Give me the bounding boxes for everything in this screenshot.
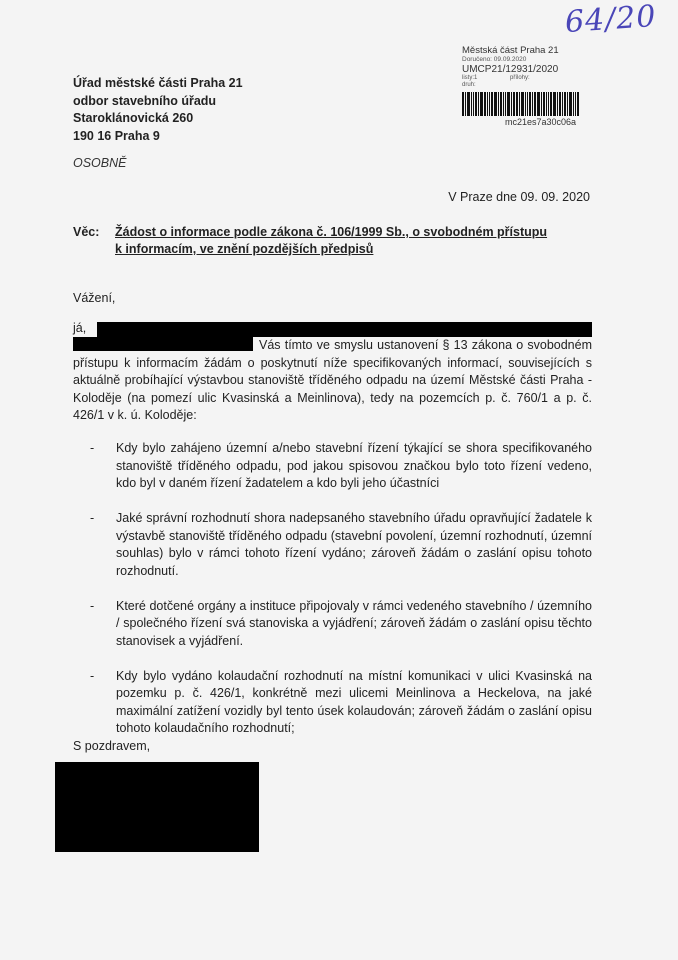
stamp-reference-number: UMCP21/12931/2020: [462, 64, 662, 75]
intro-body: Vás tímto ve smyslu ustanovení § 13 záko…: [73, 337, 592, 425]
subject-label: Věc:: [73, 224, 115, 258]
stamp-meta: listy:1přílohy:: [462, 75, 662, 82]
redacted-address: [73, 337, 253, 351]
bullet-dash: -: [90, 440, 116, 493]
bullet-dash: -: [90, 510, 116, 580]
stamp-office: Městská část Praha 21: [462, 45, 662, 56]
recipient-line-3: Staroklánovická 260: [73, 110, 243, 128]
date-line: V Praze dne 09. 09. 2020: [448, 190, 590, 204]
request-list: - Kdy bylo zahájeno územní a/nebo staveb…: [90, 440, 592, 755]
list-item: - Kdy bylo vydáno kolaudační rozhodnutí …: [90, 668, 592, 738]
recipient-line-1: Úřad městské části Praha 21: [73, 75, 243, 93]
list-item: - Jaké správní rozhodnutí shora nadepsan…: [90, 510, 592, 580]
stamp-delivered-date: Doručeno: 09.09.2020: [462, 56, 662, 63]
stamp-attachments: přílohy:: [510, 75, 558, 82]
barcode-text: mc21es7a30c06a: [462, 117, 619, 127]
intro-prefix: já,: [73, 321, 86, 335]
recipient-line-4: 190 16 Praha 9: [73, 128, 243, 146]
subject-text: Žádost o informace podle zákona č. 106/1…: [115, 224, 555, 258]
list-item: - Které dotčené orgány a instituce připo…: [90, 598, 592, 651]
barcode-icon: [462, 92, 619, 116]
bullet-text: Kdy bylo vydáno kolaudační rozhodnutí na…: [116, 668, 592, 738]
intro-paragraph: já, Vás tímto ve smyslu ustanovení § 13 …: [73, 320, 592, 425]
recipient-line-2: odbor stavebního úřadu: [73, 93, 243, 111]
subject: Věc: Žádost o informace podle zákona č. …: [73, 224, 555, 258]
bullet-dash: -: [90, 598, 116, 651]
handwritten-file-number: 64/20: [564, 0, 658, 40]
redacted-name: [97, 322, 592, 337]
delivery-note: OSOBNĚ: [73, 156, 127, 170]
bullet-dash: -: [90, 668, 116, 738]
intro-first-line: já,: [73, 320, 592, 337]
list-item: - Kdy bylo zahájeno územní a/nebo staveb…: [90, 440, 592, 493]
redacted-signature: [55, 762, 259, 852]
registry-stamp: Městská část Praha 21 Doručeno: 09.09.20…: [462, 45, 662, 127]
stamp-sheets: listy:1: [462, 75, 510, 82]
closing: S pozdravem,: [73, 738, 592, 756]
recipient-address: Úřad městské části Praha 21 odbor staveb…: [73, 75, 243, 145]
stamp-type: druh:: [462, 82, 662, 89]
bullet-text: Které dotčené orgány a instituce připojo…: [116, 598, 592, 651]
bullet-text: Kdy bylo zahájeno územní a/nebo stavební…: [116, 440, 592, 493]
bullet-text: Jaké správní rozhodnutí shora nadepsanéh…: [116, 510, 592, 580]
greeting: Vážení,: [73, 290, 592, 308]
